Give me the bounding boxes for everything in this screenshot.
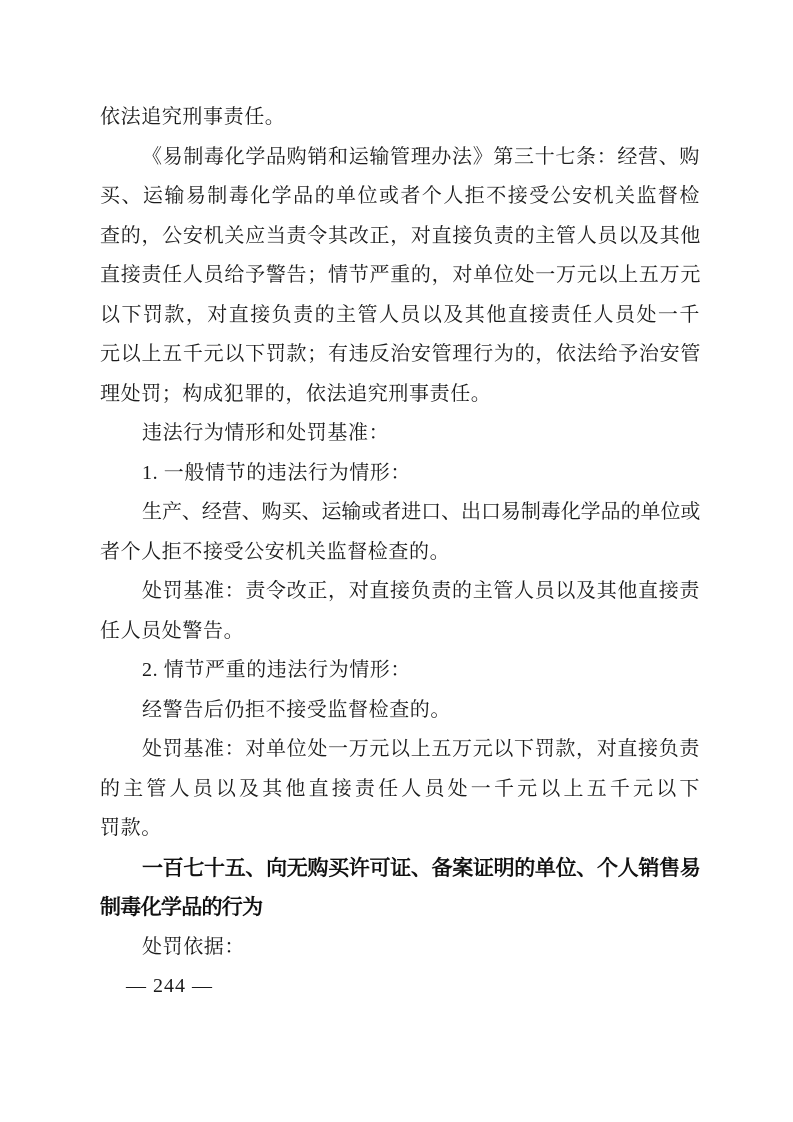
section-heading-line: 一百七十五、向无购买许可证、备案证明的单位、个人销售易	[100, 849, 700, 889]
body-text-line: 直接责任人员给予警告；情节严重的，对单位处一万元以上五万元	[100, 256, 700, 296]
body-text-line: 罚款。	[100, 809, 700, 849]
body-text-line: 查的，公安机关应当责令其改正，对直接负责的主管人员以及其他	[100, 217, 700, 257]
text-block: 依法追究刑事责任。《易制毒化学品购销和运输管理办法》第三十七条：经营、购买、运输…	[100, 98, 700, 967]
body-text-line: 生产、经营、购买、运输或者进口、出口易制毒化学品的单位或	[100, 493, 700, 533]
body-text-line: 违法行为情形和处罚基准：	[100, 414, 700, 454]
body-text-line: 2. 情节严重的违法行为情形：	[100, 651, 700, 691]
body-text-line: 以下罚款，对直接负责的主管人员以及其他直接责任人员处一千	[100, 296, 700, 336]
body-text-line: 经警告后仍拒不接受监督检查的。	[100, 691, 700, 731]
body-text-line: 理处罚；构成犯罪的，依法追究刑事责任。	[100, 375, 700, 415]
body-text-line: 买、运输易制毒化学品的单位或者个人拒不接受公安机关监督检	[100, 177, 700, 217]
body-text-line: 1. 一般情节的违法行为情形：	[100, 454, 700, 494]
body-text-line: 的主管人员以及其他直接责任人员处一千元以上五千元以下	[100, 770, 700, 810]
page-content: 依法追究刑事责任。《易制毒化学品购销和运输管理办法》第三十七条：经营、购买、运输…	[100, 98, 700, 1007]
body-text-line: 处罚依据：	[100, 928, 700, 968]
body-text-line: 《易制毒化学品购销和运输管理办法》第三十七条：经营、购	[100, 138, 700, 178]
document-page: 依法追究刑事责任。《易制毒化学品购销和运输管理办法》第三十七条：经营、购买、运输…	[0, 0, 793, 1122]
body-text-line: 任人员处警告。	[100, 612, 700, 652]
body-text-line: 处罚基准：责令改正，对直接负责的主管人员以及其他直接责	[100, 572, 700, 612]
body-text-line: 依法追究刑事责任。	[100, 98, 700, 138]
section-heading-line: 制毒化学品的行为	[100, 888, 700, 928]
page-number: — 244 —	[126, 967, 700, 1007]
body-text-line: 者个人拒不接受公安机关监督检查的。	[100, 533, 700, 573]
body-text-line: 元以上五千元以下罚款；有违反治安管理行为的，依法给予治安管	[100, 335, 700, 375]
body-text-line: 处罚基准：对单位处一万元以上五万元以下罚款，对直接负责	[100, 730, 700, 770]
